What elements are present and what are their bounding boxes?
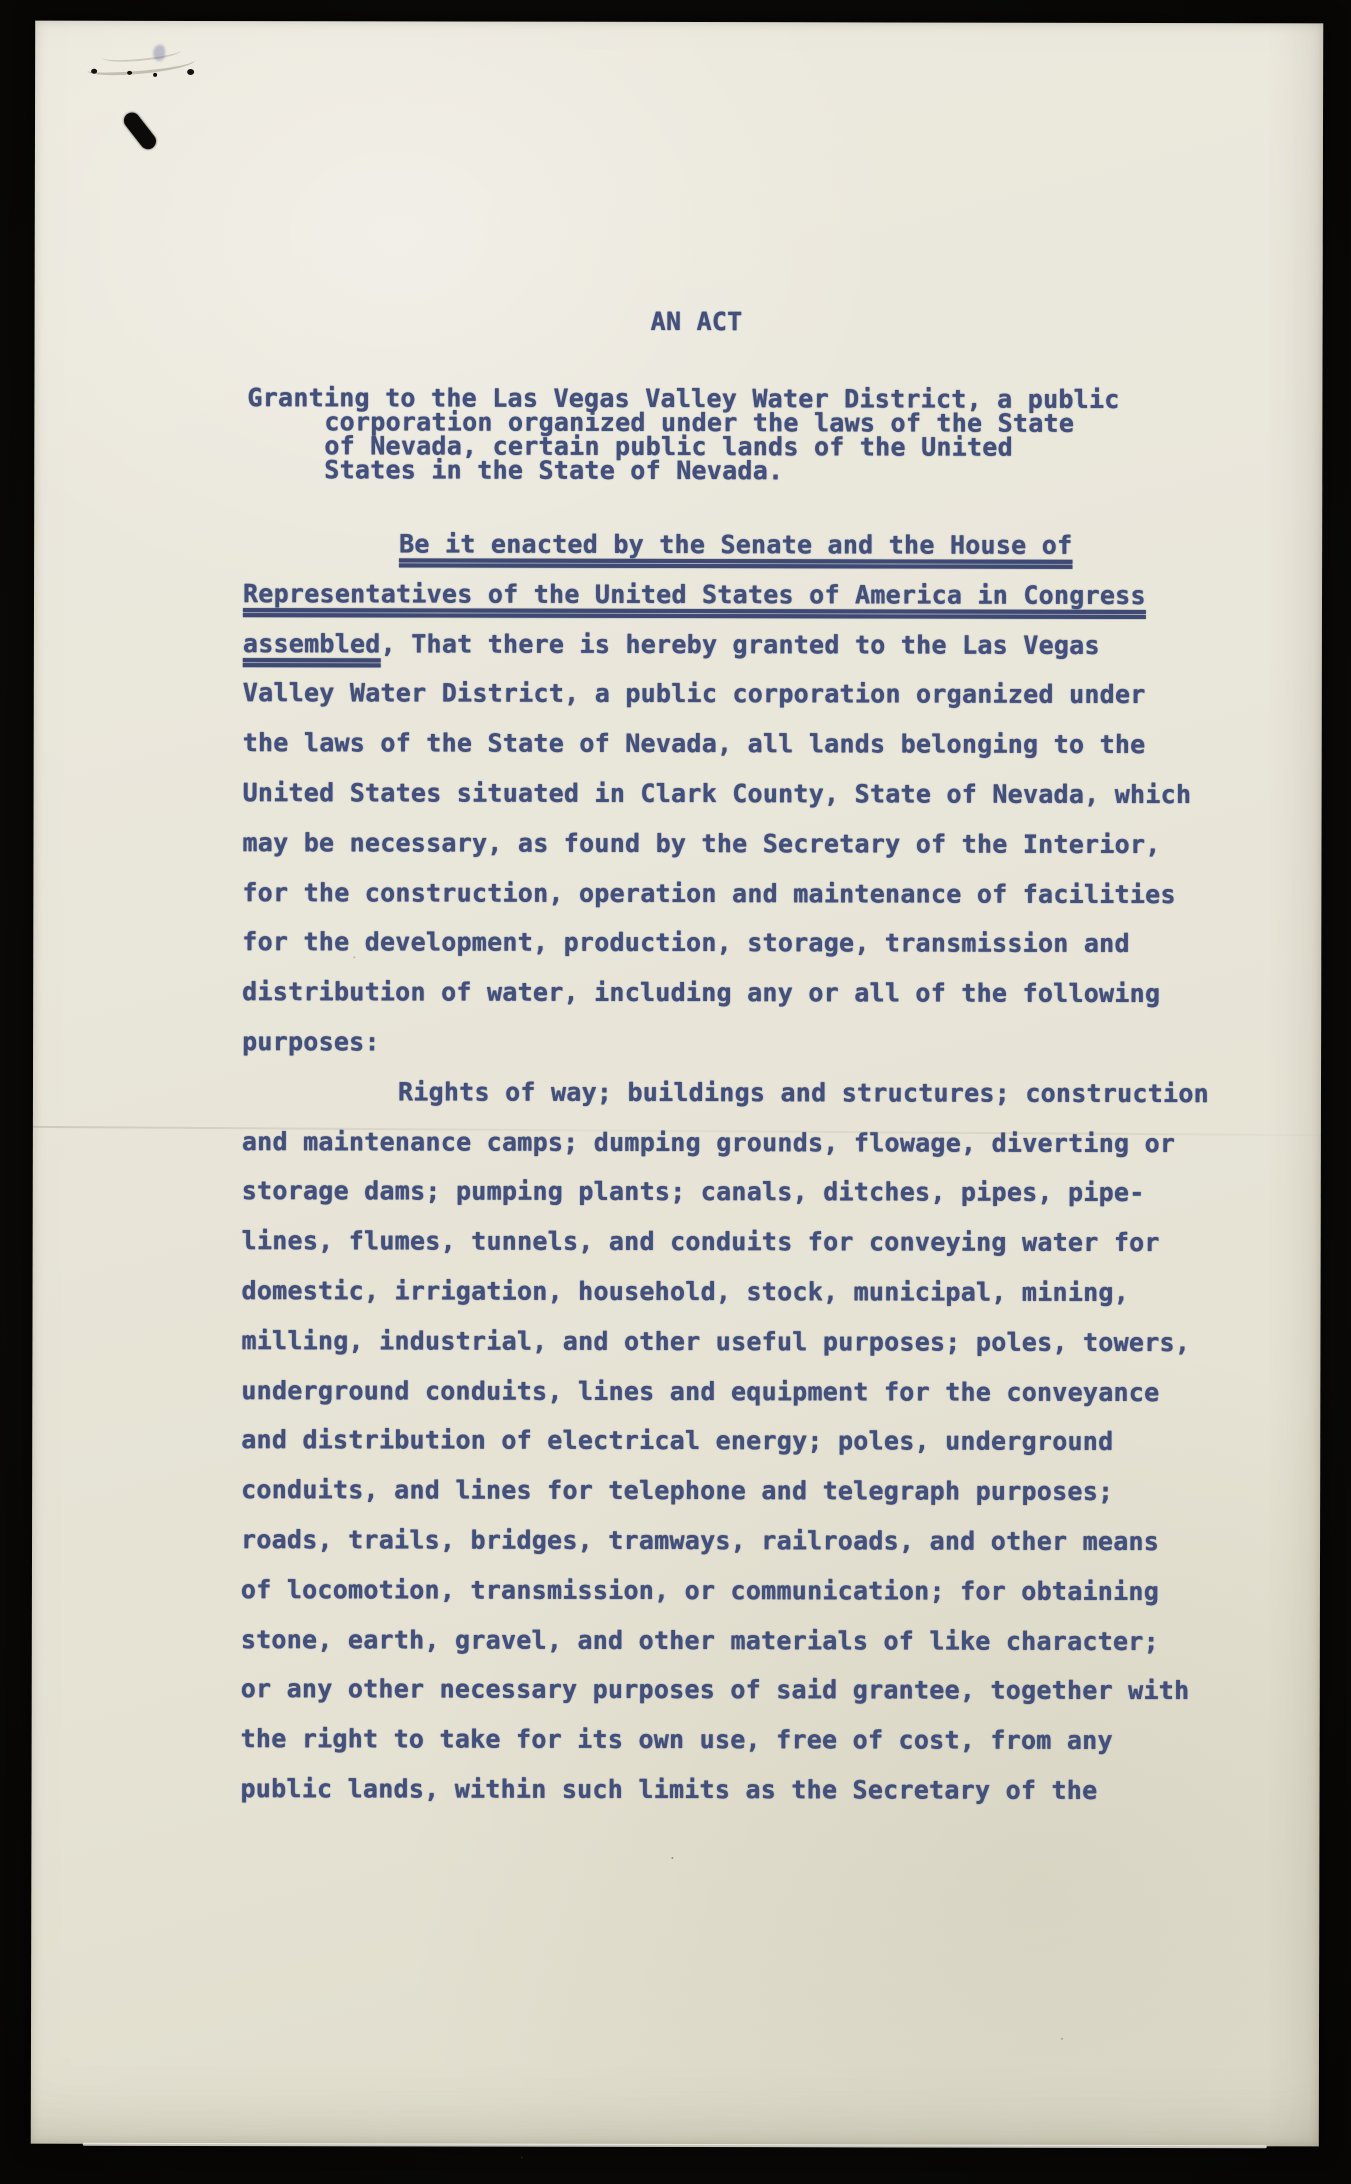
paper-edge-highlight [82, 2143, 1267, 2148]
text-segment: Rights of way; buildings and structures;… [398, 1077, 1209, 1108]
text-segment: conduits, and lines for telephone and te… [241, 1475, 1113, 1506]
text-segment: underground conduits, lines and equipmen… [241, 1376, 1159, 1407]
text-segment: stone, earth, gravel, and other material… [241, 1625, 1159, 1656]
preamble-line: States in the State of Nevada. [247, 458, 1119, 484]
text-segment: Valley Water District, a public corporat… [243, 678, 1146, 709]
body-line: purposes: [242, 1017, 1209, 1069]
text-segment: , That there is hereby granted to the La… [381, 629, 1100, 660]
text-segment: domestic, irrigation, household, stock, … [242, 1276, 1130, 1307]
body-line: for the construction, operation and main… [242, 868, 1209, 920]
preamble: Granting to the Las Vegas Valley Water D… [247, 386, 1119, 484]
text-segment: lines, flumes, tunnels, and conduits for… [242, 1226, 1160, 1257]
body-line: assembled, That there is hereby granted … [243, 619, 1210, 671]
body-line: United States situated in Clark County, … [243, 768, 1210, 820]
body-line: the right to take for its own use, free … [241, 1714, 1208, 1766]
text-segment: for the development, production, storage… [242, 927, 1130, 958]
scanned-document-scene: AN ACT Granting to the Las Vegas Valley … [0, 0, 1351, 2184]
text-segment: and distribution of electrical energy; p… [241, 1425, 1113, 1456]
text-segment: or any other necessary purposes of said … [241, 1674, 1190, 1705]
body-line: distribution of water, including any or … [242, 967, 1209, 1019]
body-line: Be it enacted by the Senate and the Hous… [243, 519, 1210, 571]
underlined-text: Be it enacted by the Senate and the Hous… [399, 529, 1072, 559]
ink-smudge [153, 45, 165, 61]
text-segment: of locomotion, transmission, or communic… [241, 1575, 1159, 1606]
body-line: Representatives of the United States of … [243, 569, 1210, 621]
document-title: AN ACT [244, 308, 1150, 335]
body-text: Be it enacted by the Senate and the Hous… [240, 519, 1210, 1816]
body-line: roads, trails, bridges, tramways, railro… [241, 1515, 1208, 1567]
body-line: and maintenance camps; dumping grounds, … [242, 1117, 1209, 1169]
text-segment: the laws of the State of Nevada, all lan… [243, 728, 1146, 759]
body-line: the laws of the State of Nevada, all lan… [243, 718, 1210, 770]
black-marker-mark [121, 109, 159, 152]
text-segment: purposes: [242, 1027, 380, 1056]
body-line: for the development, production, storage… [242, 917, 1209, 969]
text-segment: public lands, within such limits as the … [240, 1774, 1097, 1805]
body-line: may be necessary, as found by the Secret… [242, 818, 1209, 870]
pencil-dot [91, 69, 97, 74]
body-line: domestic, irrigation, household, stock, … [242, 1266, 1209, 1318]
pencil-dot [153, 73, 157, 77]
body-line: Valley Water District, a public corporat… [243, 668, 1210, 720]
text-segment: the right to take for its own use, free … [241, 1724, 1113, 1755]
text-segment: United States situated in Clark County, … [243, 778, 1192, 809]
body-line: or any other necessary purposes of said … [241, 1664, 1208, 1716]
body-line: storage dams; pumping plants; canals, di… [242, 1166, 1209, 1218]
text-segment: may be necessary, as found by the Secret… [242, 828, 1160, 859]
body-line: lines, flumes, tunnels, and conduits for… [242, 1216, 1209, 1268]
body-line: of locomotion, transmission, or communic… [241, 1565, 1208, 1617]
pencil-dot [127, 71, 132, 75]
pencil-dot [187, 69, 194, 75]
body-line: public lands, within such limits as the … [240, 1764, 1207, 1816]
text-segment: storage dams; pumping plants; canals, di… [242, 1176, 1145, 1207]
text-segment: distribution of water, including any or … [242, 977, 1160, 1008]
body-line: milling, industrial, and other useful pu… [241, 1316, 1208, 1368]
pencil-scribble-mark [87, 45, 197, 79]
body-line: Rights of way; buildings and structures;… [242, 1067, 1209, 1119]
body-line: conduits, and lines for telephone and te… [241, 1465, 1208, 1517]
text-segment: milling, industrial, and other useful pu… [241, 1326, 1190, 1357]
body-line: underground conduits, lines and equipmen… [241, 1366, 1208, 1418]
underlined-text: Representatives of the United States of … [243, 579, 1146, 610]
text-segment: roads, trails, bridges, tramways, railro… [241, 1525, 1159, 1556]
body-line: stone, earth, gravel, and other material… [241, 1615, 1208, 1667]
underlined-text: assembled [243, 629, 381, 658]
document-page: AN ACT Granting to the Las Vegas Valley … [31, 21, 1323, 2147]
dust-speck [671, 1857, 673, 1859]
body-line: and distribution of electrical energy; p… [241, 1415, 1208, 1467]
text-segment: for the construction, operation and main… [242, 878, 1175, 909]
